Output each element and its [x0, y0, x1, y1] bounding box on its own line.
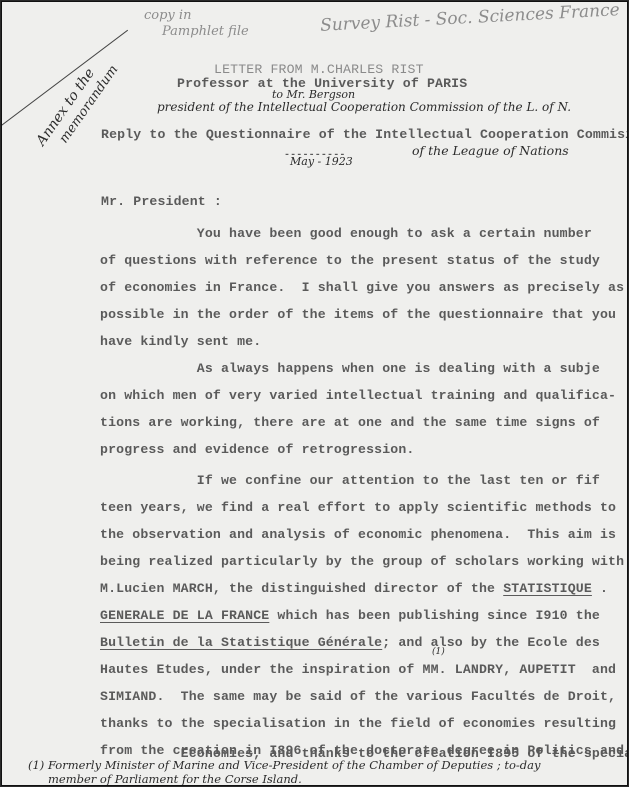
- survey-note: Survey Rist - Soc. Sciences France: [320, 1, 620, 36]
- statistique-underlined: STATISTIQUE: [503, 581, 592, 596]
- body-line-generale: GENERALE DE LA FRANCE which has been pub…: [100, 608, 600, 623]
- league-note: of the League of Nations: [412, 143, 569, 158]
- body-line: progress and evidence of retrogression.: [100, 442, 415, 457]
- footnote-line2: member of Parliament for the Corse Islan…: [48, 772, 302, 786]
- corner-annotation: Annex to the memorandum: [16, 1, 94, 60]
- body-line: Hautes Etudes, under the inspiration of …: [100, 662, 616, 677]
- body-line: SIMIAND. The same may be said of the var…: [100, 689, 616, 704]
- body-line: If we confine our attention to the last …: [100, 473, 600, 488]
- body-line: thanks to the specialisation in the fiel…: [100, 716, 616, 731]
- president-note: president of the Intellectual Cooperatio…: [157, 100, 571, 114]
- salutation: Mr. President :: [101, 194, 222, 209]
- date-handwritten: May - 1923: [290, 155, 353, 168]
- body-line: on which men of very varied intellectual…: [100, 388, 616, 403]
- bulletin-underlined: Bulletin de la Statistique Générale: [100, 635, 382, 650]
- body-line: As always happens when one is dealing wi…: [100, 361, 600, 376]
- footnote-marker: (1): [432, 647, 445, 657]
- body-line: tions are working, there are at one and …: [100, 415, 600, 430]
- body-line: of questions with reference to the prese…: [100, 253, 600, 268]
- reply-line: Reply to the Questionnaire of the Intell…: [101, 127, 628, 142]
- body-line: have kindly sent me.: [100, 334, 261, 349]
- body-line: possible in the order of the items of th…: [100, 307, 616, 322]
- body-line: You have been good enough to ask a certa…: [100, 226, 592, 241]
- generale-underlined: GENERALE DE LA FRANCE: [100, 608, 269, 623]
- body-line-march: M.Lucien MARCH, the distinguished direct…: [100, 581, 608, 596]
- body-line: teen years, we find a real effort to app…: [100, 500, 616, 515]
- body-line: the observation and analysis of economic…: [100, 527, 616, 542]
- body-line: being realized particularly by the group…: [100, 554, 624, 569]
- footnote-line1: (1) Formerly Minister of Marine and Vice…: [28, 758, 541, 772]
- document-page: Annex to the memorandum copy in Pamphlet…: [1, 1, 628, 786]
- pencil-note-line1: copy in: [144, 8, 191, 23]
- letter-title: LETTER FROM M.CHARLES RIST: [214, 62, 424, 77]
- body-line-bulletin: Bulletin de la Statistique Générale; and…: [100, 635, 600, 650]
- body-line: of economies in France. I shall give you…: [100, 280, 624, 295]
- pencil-note-line2: Pamphlet file: [162, 24, 249, 39]
